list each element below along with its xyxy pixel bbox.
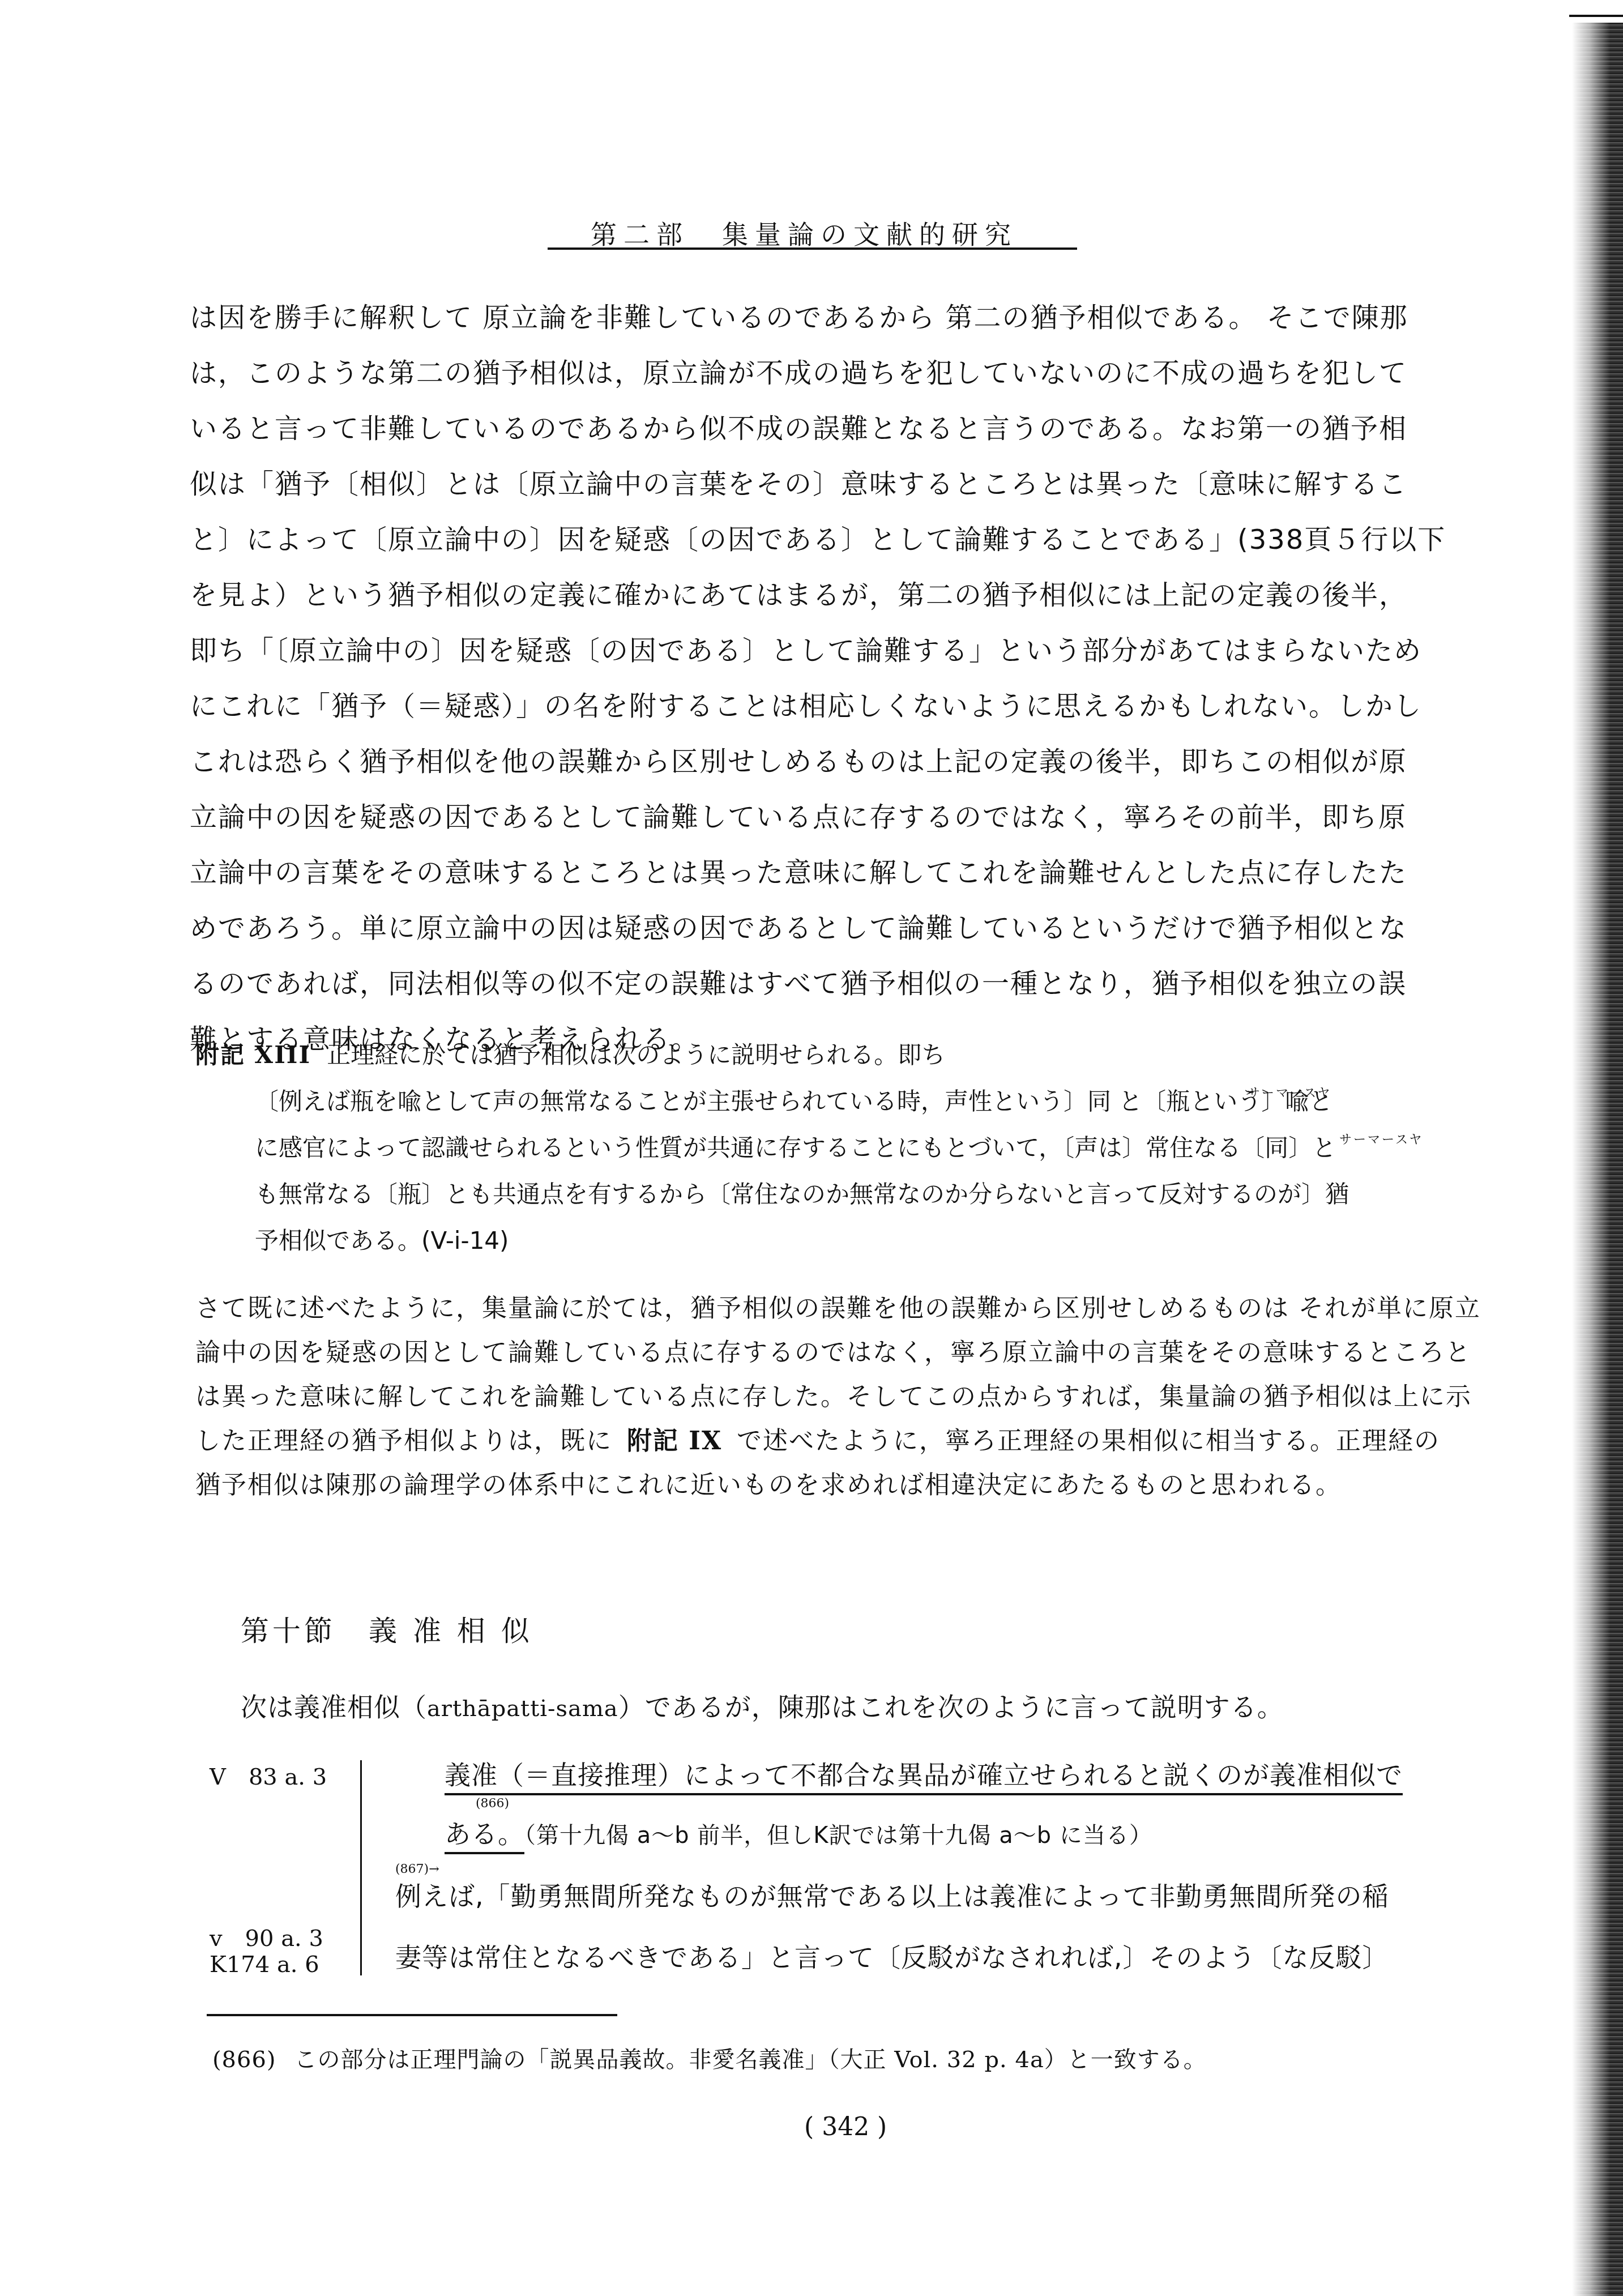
header-rule <box>548 247 1077 250</box>
note-text: も無常なる〔瓶〕とも共通点を有するから〔常住なのか無常なのか分らないと言って反対… <box>255 1180 1349 1208</box>
appendix-ix-reference: 附記 IX <box>627 1427 722 1456</box>
text-line: 論中の因を疑惑の因として論難している点に存するのではなく，寧ろ原立論中の言葉をそ… <box>195 1331 1481 1375</box>
text-line: 立論中の因を疑惑の因であるとして論難している点に存するのではなく，寧ろその前半，… <box>190 789 1446 845</box>
note-label: 附記 XIII <box>195 1041 311 1069</box>
ruby-annotation: サーマースヤ <box>1248 1070 1331 1117</box>
note-text: 予相似である。(V-i-14) <box>255 1227 509 1254</box>
margin-ref-v83: V 83 a. 3 <box>210 1764 327 1790</box>
note-line: 予相似である。(V-i-14) <box>195 1218 1349 1264</box>
underlined-text: ある。 <box>445 1819 524 1849</box>
text-line: は，このような第二の猶予相似は，原立論が不成の過ちを犯していないのに不成の過ちを… <box>190 345 1446 401</box>
running-header: 第二部 集量論の文献的研究 <box>549 214 1059 251</box>
text-line: いると言って非難しているのであるから似不成の誤難となると言うのである。なお第一の… <box>190 401 1446 456</box>
section-number: 第十節 <box>241 1615 336 1648</box>
note-line: サーマースヤ に感官によって認識せられるという性質が共通に存することにもとづいて… <box>195 1125 1349 1171</box>
text-segment: で述べたように，寧ろ正理経の果相似に相当する。正理経の <box>737 1427 1440 1456</box>
text-segment: ）と一致する。 <box>1044 2047 1207 2073</box>
section-title: 義 准 相 似 <box>369 1615 533 1648</box>
note-intro: 正理経に於ては猶予相似は次のように説明せられる。即ち <box>327 1041 945 1069</box>
text-line: これは恐らく猶予相似を他の誤難から区別せしめるものは上記の定義の後半，即ちこの相… <box>190 734 1446 789</box>
text-segment: ）であるが，陳那はこれを次のように言って説明する。 <box>618 1692 1284 1722</box>
scan-binding-shadow <box>1572 23 1623 2296</box>
text-line: と〕によって〔原立論中の〕因を疑惑〔の因である〕として論難することである」(33… <box>190 512 1446 567</box>
section-heading: 第十節義 准 相 似 <box>241 1608 533 1649</box>
body-paragraph-2: さて既に述べたように，集量論に於ては，猶予相似の誤難を他の誤難から区別せしめるも… <box>195 1287 1481 1508</box>
body-paragraph-1: は因を勝手に解釈して 原立論を非難しているのであるから 第二の猶予相似である。 … <box>190 290 1446 1067</box>
verse-note: （第十九偈 a～b 前半，但しK訳では第十九偈 a～b に当る） <box>524 1823 1152 1849</box>
text-line: 即ち「〔原立論中の〕因を疑惑〔の因である〕として論難する」という部分があてはまら… <box>190 623 1446 678</box>
appendix-note-xiii: 附記 XIII正理経に於ては猶予相似は次のように説明せられる。即ち サーマースヤ… <box>195 1032 1349 1264</box>
underlined-text: 義准（＝直接推理）によって不都合な異品が確立せられると説くのが義准相似で <box>445 1760 1403 1790</box>
scan-edge-line <box>1569 15 1623 17</box>
text-segment: 次は義准相似（ <box>241 1692 427 1722</box>
quote-line-3: 例えば,「勤勇無間所発なものが無常である以上は義准によって非勤勇無間所発の稲 <box>395 1876 1389 1913</box>
footnote-number: (866) <box>212 2047 276 2073</box>
text-segment: した正理経の猶予相似よりは，既に <box>195 1427 612 1456</box>
footnote-marker-867: (867)→ <box>395 1862 439 1876</box>
text-line: 猶予相似は陳那の論理学の体系中にこれに近いものを求めれば相違決定にあたるものと思… <box>195 1463 1481 1508</box>
quote-line-2: ある。（第十九偈 a～b 前半，但しK訳では第十九偈 a～b に当る） <box>445 1813 1152 1851</box>
margin-divider <box>360 1760 362 1975</box>
ruby-annotation: サーマースヤ <box>1339 1117 1423 1163</box>
quote-line-4: 妻等は常住となるべきである」と言って〔反駁がなされれば,〕そのよう〔な反駁〕 <box>395 1937 1389 1974</box>
margin-ref-k174: K174 a. 6 <box>210 1952 319 1978</box>
text-line: 立論中の言葉をその意味するところとは異った意味に解してこれを論難せんとした点に存… <box>190 845 1446 901</box>
margin-ref-v90: v 90 a. 3 <box>210 1926 323 1952</box>
footnote-rule <box>207 2014 617 2016</box>
quote-line-1: 義准（＝直接推理）によって不都合な異品が確立せられると説くのが義准相似で <box>445 1755 1403 1792</box>
note-line: サーマースヤ 〔例えば瓶を喩として声の無常なることが主張せられている時，声性とい… <box>195 1078 1349 1125</box>
text-line: にこれに「猶予（＝疑惑）」の名を附することは相応しくないように思えるかもしれない… <box>190 678 1446 734</box>
note-heading-line: 附記 XIII正理経に於ては猶予相似は次のように説明せられる。即ち <box>195 1032 1349 1078</box>
section-intro: 次は義准相似（arthāpatti-sama）であるが，陳那はこれを次のように言… <box>241 1687 1284 1724</box>
sanskrit-term: arthāpatti-sama <box>427 1696 618 1722</box>
text-segment: この部分は正理門論の「説異品義故。非愛名義准」（大正 <box>294 2047 895 2073</box>
page-number: ( 342 ) <box>804 2113 887 2141</box>
footnote-866: (866)この部分は正理門論の「説異品義故。非愛名義准」（大正 Vol. 32 … <box>212 2042 1207 2074</box>
note-line: も無常なる〔瓶〕とも共通点を有するから〔常住なのか無常なのか分らないと言って反対… <box>195 1171 1349 1218</box>
text-line: るのであれば，同法相似等の似不定の誤難はすべて猶予相似の一種となり，猶予相似を独… <box>190 956 1446 1012</box>
text-line: を見よ）という猶予相似の定義に確かにあてはまるが，第二の猶予相似には上記の定義の… <box>190 567 1446 623</box>
text-line: 似は「猶予〔相似〕とは〔原立論中の言葉をその〕意味するところとは異った〔意味に解… <box>190 456 1446 512</box>
text-line: めであろう。単に原立論中の因は疑惑の因であるとして論難しているというだけで猶予相… <box>190 901 1446 956</box>
footnote-marker-866: (866) <box>476 1796 509 1811</box>
text-line: は異った意味に解してこれを論難している点に存した。そしてこの点からすれば，集量論… <box>195 1375 1481 1419</box>
note-text: 〔例えば瓶を喩として声の無常なることが主張せられている時，声性という〕同 と〔瓶… <box>255 1087 1332 1115</box>
citation: Vol. 32 p. 4a <box>894 2047 1044 2073</box>
text-line: は因を勝手に解釈して 原立論を非難しているのであるから 第二の猶予相似である。 … <box>190 290 1446 345</box>
text-line: した正理経の猶予相似よりは，既に附記 IXで述べたように，寧ろ正理経の果相似に相… <box>195 1419 1481 1463</box>
note-text: に感官によって認識せられるという性質が共通に存することにもとづいて，〔声は〕常住… <box>255 1134 1336 1162</box>
text-line: さて既に述べたように，集量論に於ては，猶予相似の誤難を他の誤難から区別せしめるも… <box>195 1287 1481 1331</box>
